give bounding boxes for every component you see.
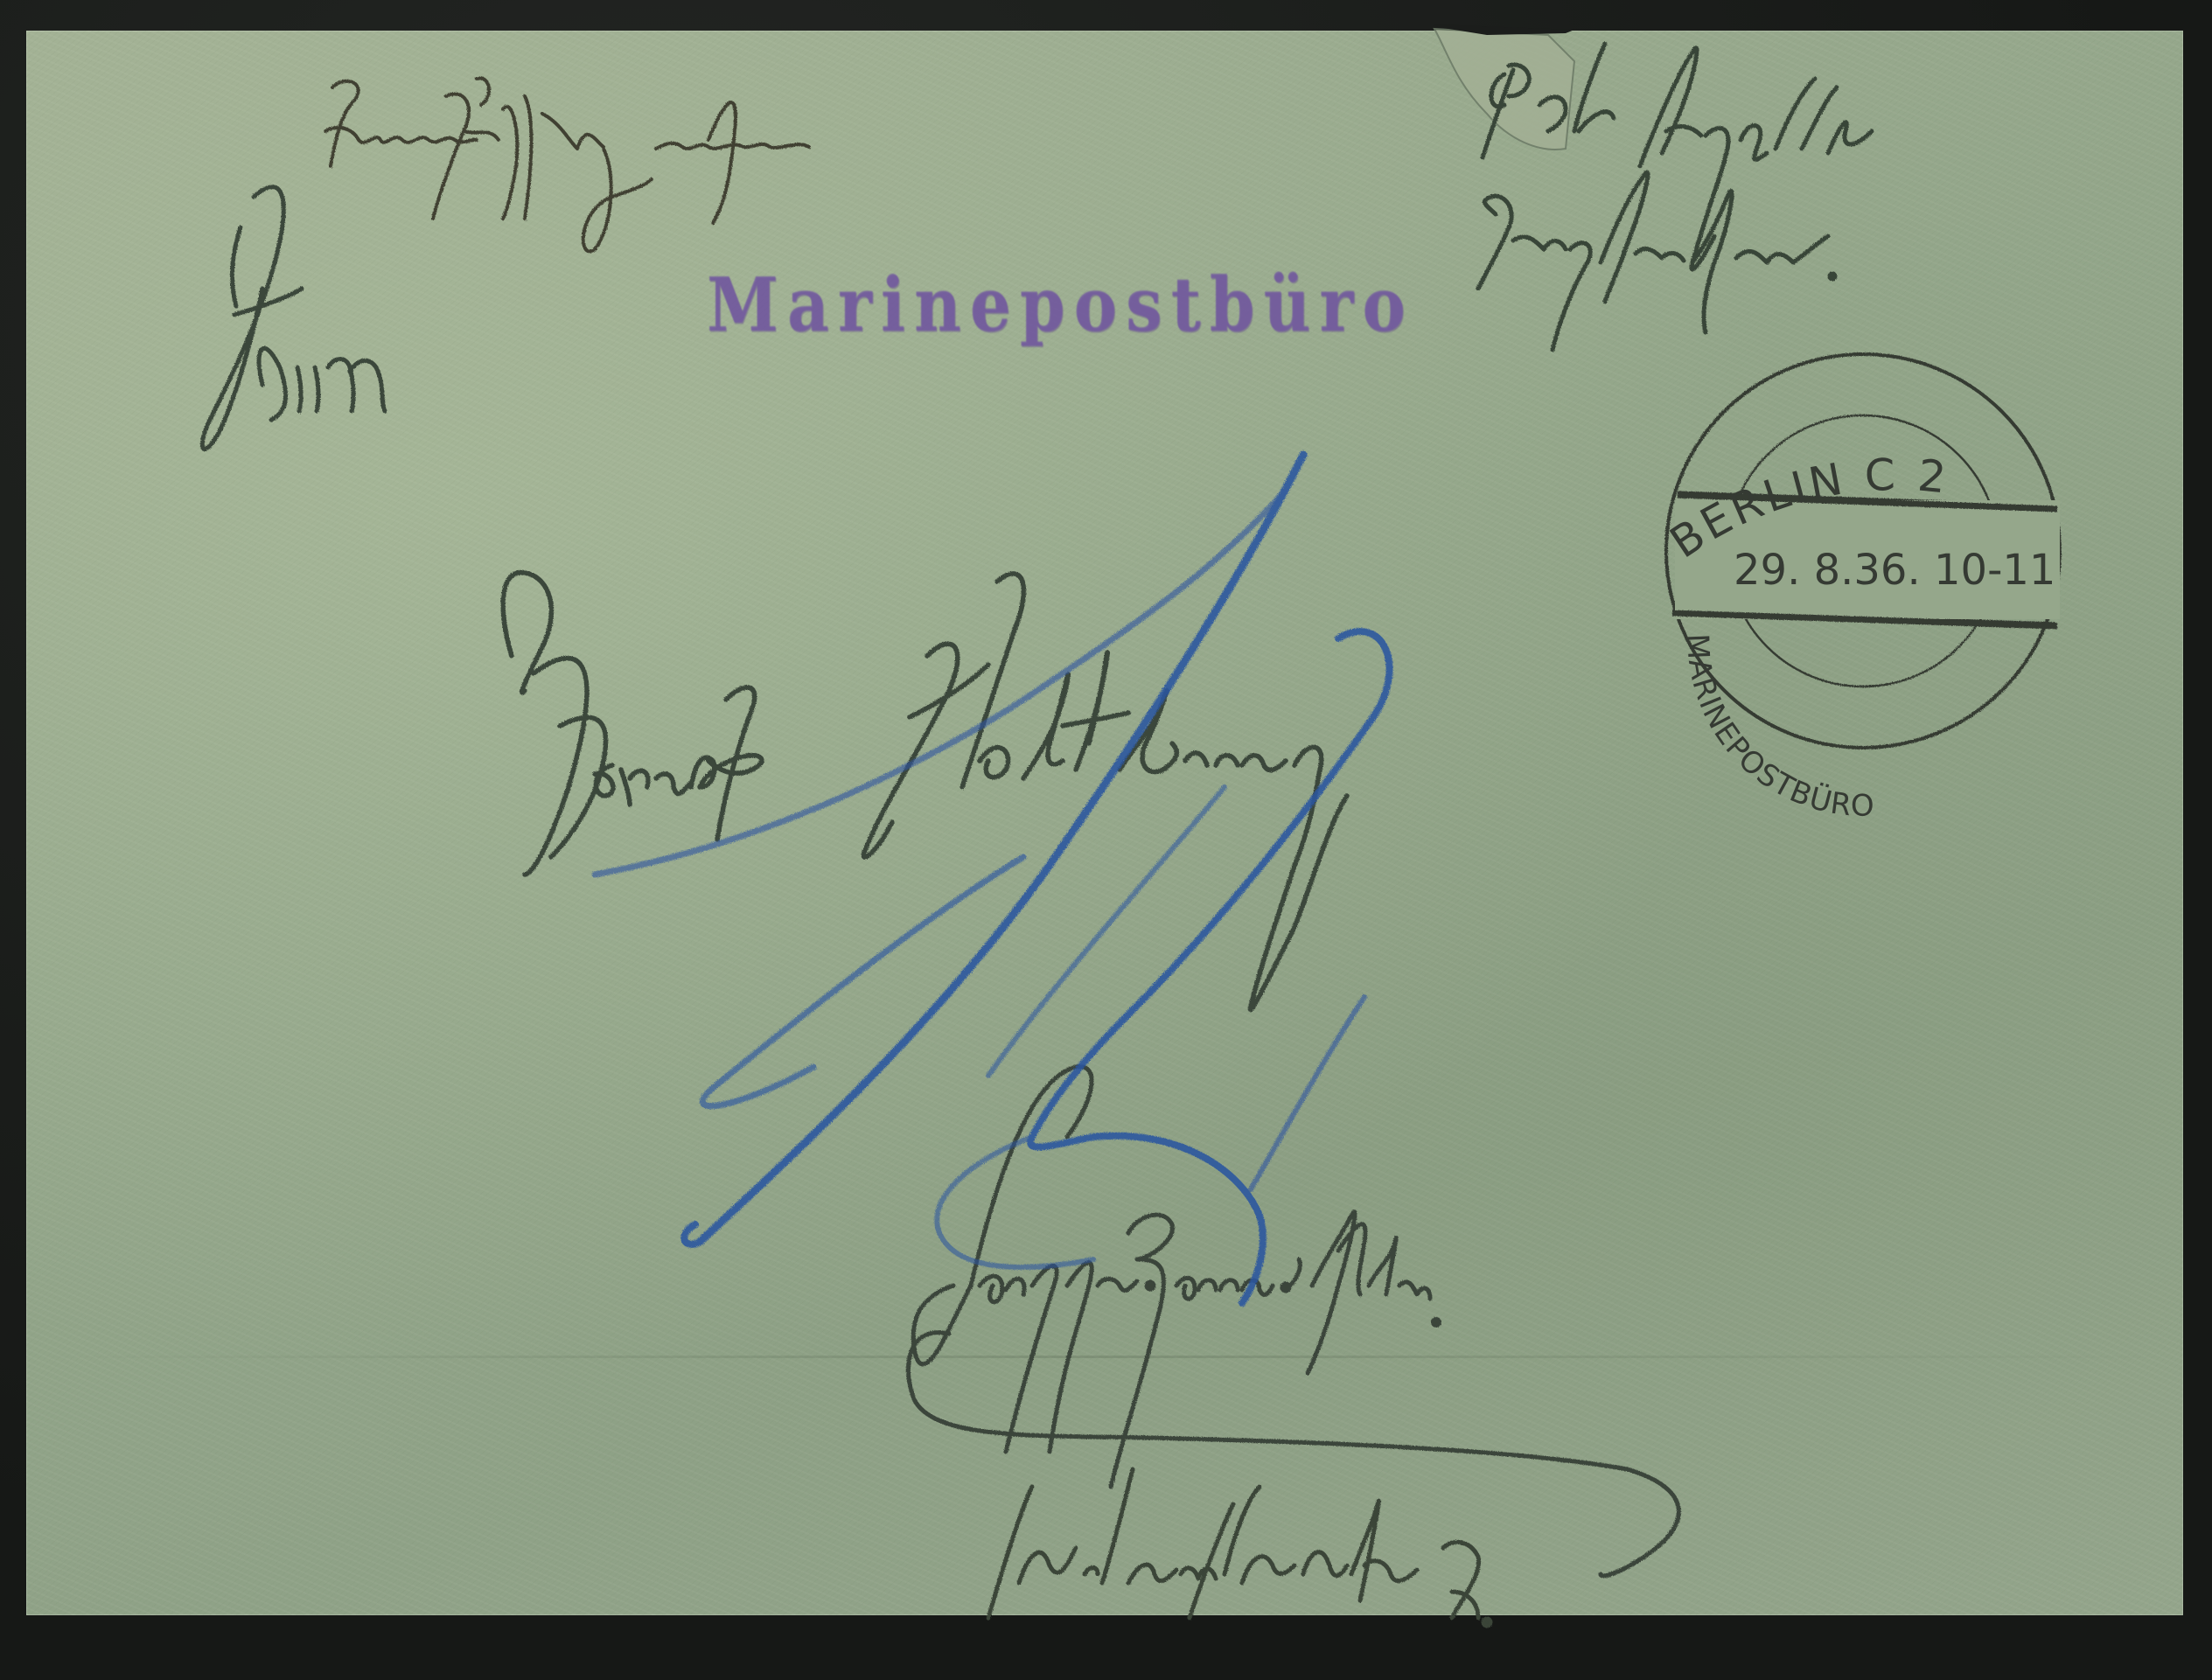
address-line-2 [988,1469,1490,1626]
handwriting-strokes [202,44,1872,1626]
note-keinen-zuschlag [325,78,809,251]
address-line-1 [908,1067,1678,1576]
ink-layer: BERLIN C 2 29. 8.36. 10-11 MARINEPOSTBÜR… [0,0,2212,1680]
blue-crayon-mark [595,455,1390,1303]
postmark-date: 29. 8.36. 10-11 [1734,546,2055,595]
salutation-herrn [202,187,385,450]
